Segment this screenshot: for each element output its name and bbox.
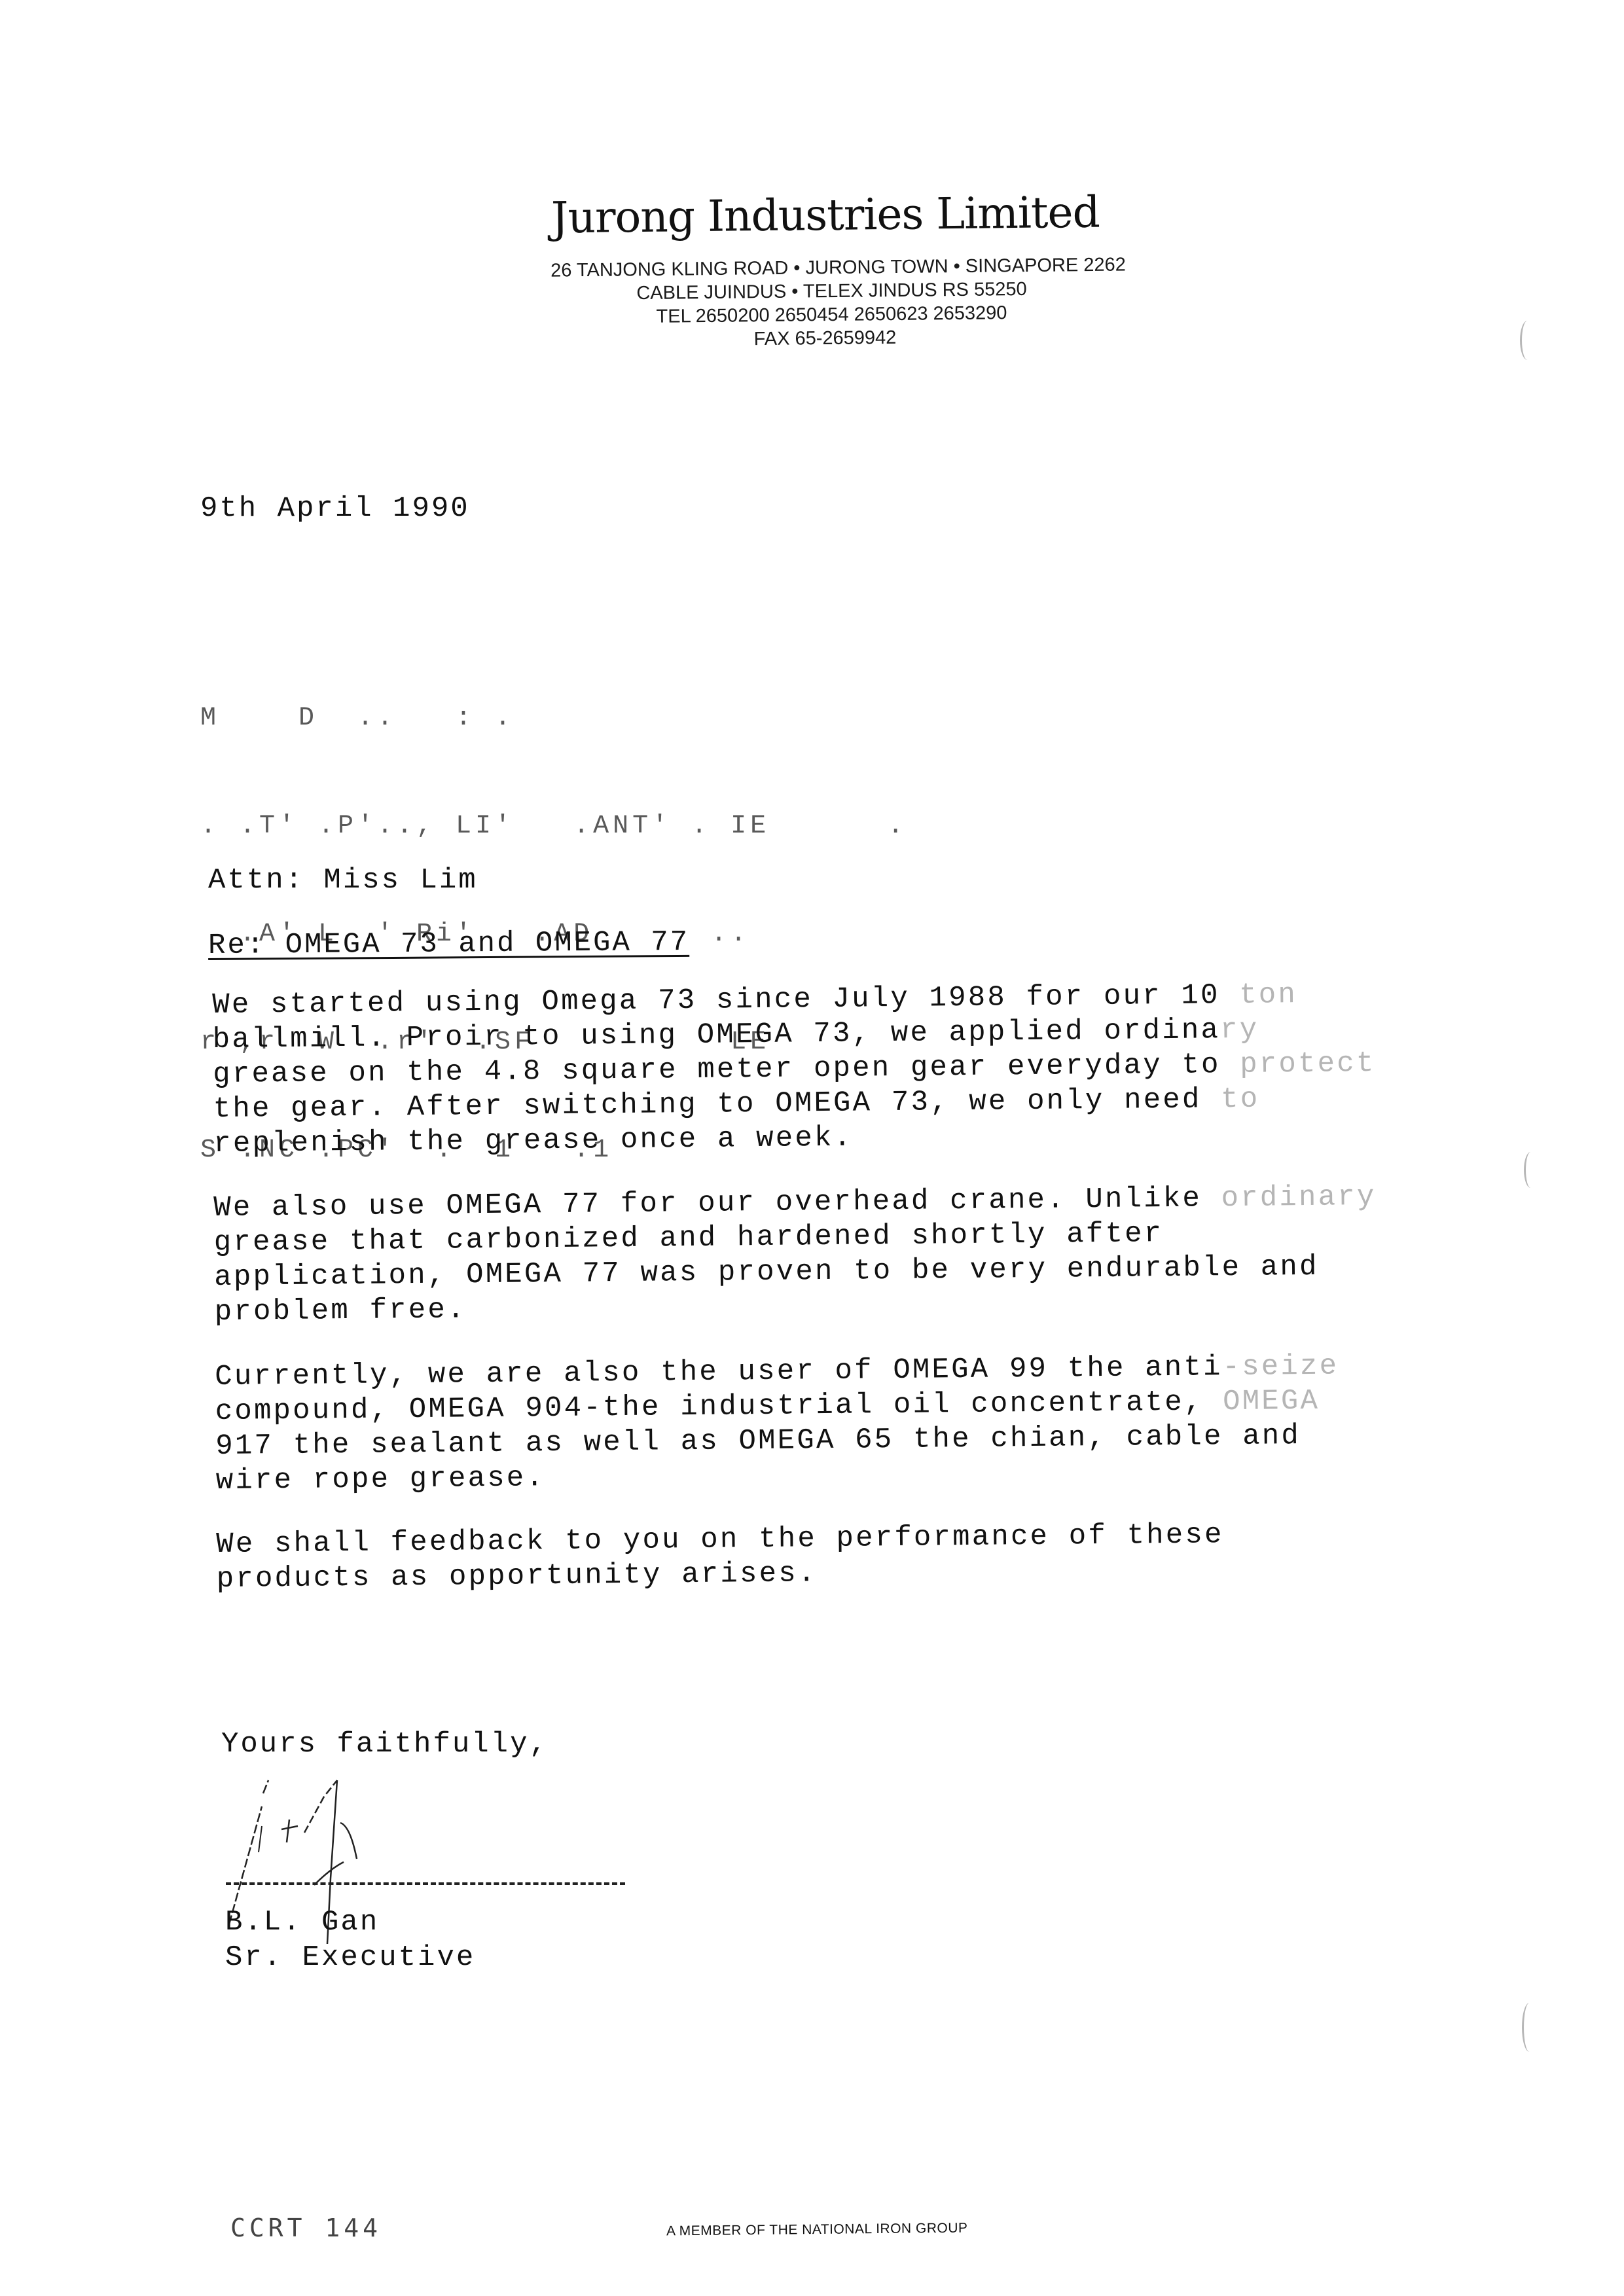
scan-artifact-mark — [1522, 2003, 1537, 2052]
faded-text: to — [1221, 1083, 1260, 1117]
letter-page: Jurong Industries Limited 26 TANJONG KLI… — [0, 0, 1624, 2296]
scan-artifact-mark — [1520, 321, 1535, 360]
line-text: replenish the grease once a week. — [213, 1122, 853, 1160]
faded-text: ry — [1220, 1014, 1259, 1047]
faded-text: protect — [1240, 1047, 1376, 1081]
line-text: products as opportunity arises. — [217, 1557, 818, 1596]
faded-text: -seize — [1222, 1350, 1339, 1384]
company-name: Jurong Industries Limited — [550, 187, 1100, 243]
letterhead: Jurong Industries Limited 26 TANJONG KLI… — [0, 190, 1624, 350]
faded-text: ordinary — [1221, 1181, 1376, 1215]
recipient-line: M D .. : . — [200, 700, 907, 736]
body-paragraph-4: We shall feedback to you on the performa… — [216, 1518, 1224, 1597]
body-paragraph-1: We started using Omega 73 since July 198… — [212, 977, 1377, 1162]
line-text: problem free. — [215, 1293, 467, 1329]
signer-name: B.L. Gan — [225, 1906, 379, 1939]
group-membership-footer: A MEMBER OF THE NATIONAL IRON GROUP — [666, 2221, 968, 2240]
reference-code: CCRT 144 — [230, 2214, 382, 2242]
faded-text: ton — [1239, 978, 1297, 1012]
body-paragraph-3: Currently, we are also the user of OMEGA… — [215, 1350, 1340, 1499]
scan-artifact-mark — [1524, 1152, 1538, 1188]
attention-line: Attn: Miss Lim — [208, 864, 478, 897]
signer-title: Sr. Executive — [225, 1941, 475, 1974]
faded-text: OMEGA — [1223, 1385, 1320, 1418]
signature-line — [226, 1882, 625, 1885]
line-text: wire rope grease. — [216, 1462, 546, 1498]
recipient-line: . .T' .P'.., LI' .ANT' . IE . — [200, 808, 907, 844]
letter-date: 9th April 1990 — [200, 492, 470, 525]
body-paragraph-2: We also use OMEGA 77 for our overhead cr… — [213, 1180, 1377, 1330]
subject-line: Re: OMEGA 73 and OMEGA 77 — [208, 926, 689, 962]
